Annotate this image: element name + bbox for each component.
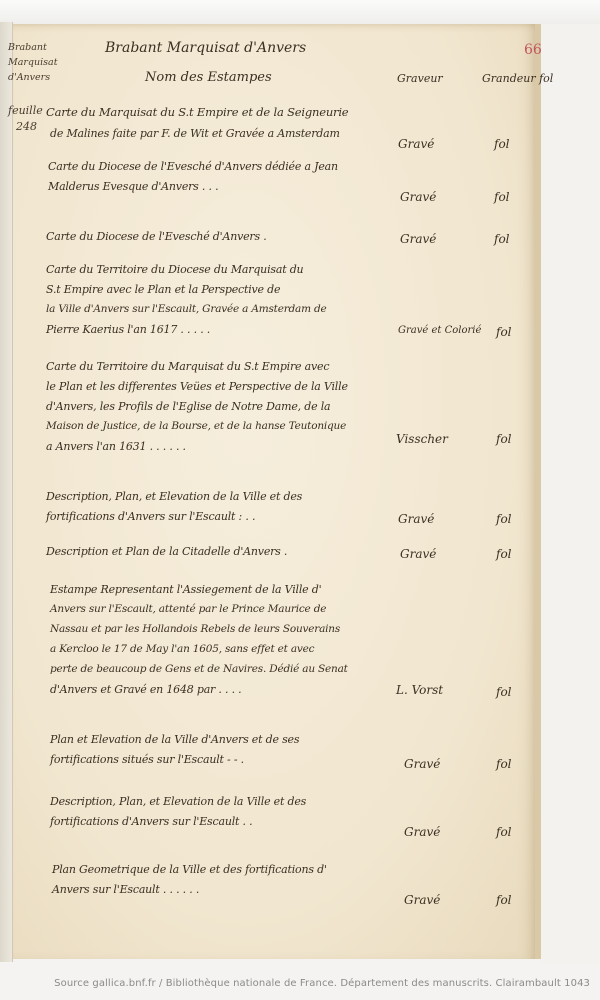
entry-line: Description et Plan de la Citadelle d'An… [46, 545, 287, 558]
entry-line: fortifications d'Anvers sur l'Escault : … [46, 510, 255, 523]
entry-engraver: Gravé [404, 893, 440, 907]
entry-size: fol [496, 825, 512, 839]
entry-line: Anvers sur l'Escault . . . . . . [52, 883, 199, 896]
margin-note-marquisat: Marquisat [8, 57, 58, 68]
margin-note-feuille: feuille [8, 104, 43, 117]
entry-line: fortifications situés sur l'Escault - - … [50, 753, 244, 766]
source-attribution: Source gallica.bnf.fr / Bibliothèque nat… [0, 978, 590, 989]
entry-line: Pierre Kaerius l'an 1617 . . . . . [46, 323, 210, 336]
entry-line: Description, Plan, et Elevation de la Vi… [46, 490, 302, 503]
scan-top-border [0, 0, 600, 26]
entry-line: Nassau et par les Hollandois Rebels de l… [50, 623, 340, 635]
page-number: 66 [524, 42, 542, 58]
entry-engraver: Gravé [400, 190, 436, 204]
entry-line: a Kercloo le 17 de May l'an 1605, sans e… [50, 643, 314, 655]
entry-engraver: Gravé [400, 232, 436, 246]
entry-size: fol [496, 685, 512, 699]
entry-line: de Malines faite par F. de Wit et Gravée… [50, 127, 340, 140]
column-header-name: Nom des Estampes [145, 70, 272, 85]
scan-right-border [541, 24, 600, 964]
entry-engraver: Gravé [398, 137, 434, 151]
entry-engraver: Visscher [396, 432, 448, 446]
entry-size: fol [494, 190, 510, 204]
left-page-edge [0, 22, 13, 962]
entry-size: fol [496, 757, 512, 771]
entry-size: fol [494, 137, 510, 151]
entry-size: fol [496, 893, 512, 907]
entry-engraver: Gravé [404, 825, 440, 839]
entry-line: perte de beaucoup de Gens et de Navires.… [50, 663, 348, 675]
page-title: Brabant Marquisat d'Anvers [105, 40, 306, 56]
entry-line: fortifications d'Anvers sur l'Escault . … [50, 815, 252, 828]
margin-note-folio-number: 248 [16, 120, 37, 133]
entry-line: d'Anvers et Gravé en 1648 par . . . . [50, 683, 241, 696]
entry-line: Malderus Evesque d'Anvers . . . [48, 180, 218, 193]
entry-line: le Plan et les differentes Veües et Pers… [46, 380, 348, 393]
entry-size: fol [496, 512, 512, 526]
column-header-size: Grandeur fol [482, 72, 553, 85]
entry-engraver: Gravé et Colorié [398, 325, 481, 336]
entry-size: fol [496, 547, 512, 561]
entry-line: Plan Geometrique de la Ville et des fort… [52, 863, 327, 876]
entry-engraver: Gravé [398, 512, 434, 526]
entry-line: Carte du Diocese de l'Evesché d'Anvers d… [48, 160, 338, 173]
entry-line: Carte du Territoire du Diocese du Marqui… [46, 263, 303, 276]
entry-engraver: L. Vorst [396, 683, 443, 697]
column-header-engraver: Graveur [397, 72, 443, 85]
entry-line: Carte du Diocese de l'Evesché d'Anvers . [46, 230, 267, 243]
entry-line: a Anvers l'an 1631 . . . . . . [46, 440, 186, 453]
entry-size: fol [496, 432, 512, 446]
entry-engraver: Gravé [400, 547, 436, 561]
entry-engraver: Gravé [404, 757, 440, 771]
entry-line: Description, Plan, et Elevation de la Vi… [50, 795, 306, 808]
entry-line: Carte du Marquisat du S.t Empire et de l… [46, 105, 348, 119]
margin-note-anvers: d'Anvers [8, 72, 50, 83]
entry-line: Anvers sur l'Escault, attenté par le Pri… [50, 603, 326, 615]
margin-note-brabant: Brabant [8, 42, 47, 53]
entry-line: Carte du Territoire du Marquisat du S.t … [46, 360, 329, 373]
entry-line: Maison de Justice, de la Bourse, et de l… [46, 420, 346, 432]
entry-size: fol [496, 325, 512, 339]
entry-line: S.t Empire avec le Plan et la Perspectiv… [46, 283, 280, 296]
entry-line: Estampe Representant l'Assiegement de la… [50, 583, 321, 596]
entry-line: la Ville d'Anvers sur l'Escault, Gravée … [46, 303, 327, 315]
entry-line: d'Anvers, les Profils de l'Eglise de Not… [46, 400, 330, 413]
entry-line: Plan et Elevation de la Ville d'Anvers e… [50, 733, 299, 746]
entry-size: fol [494, 232, 510, 246]
